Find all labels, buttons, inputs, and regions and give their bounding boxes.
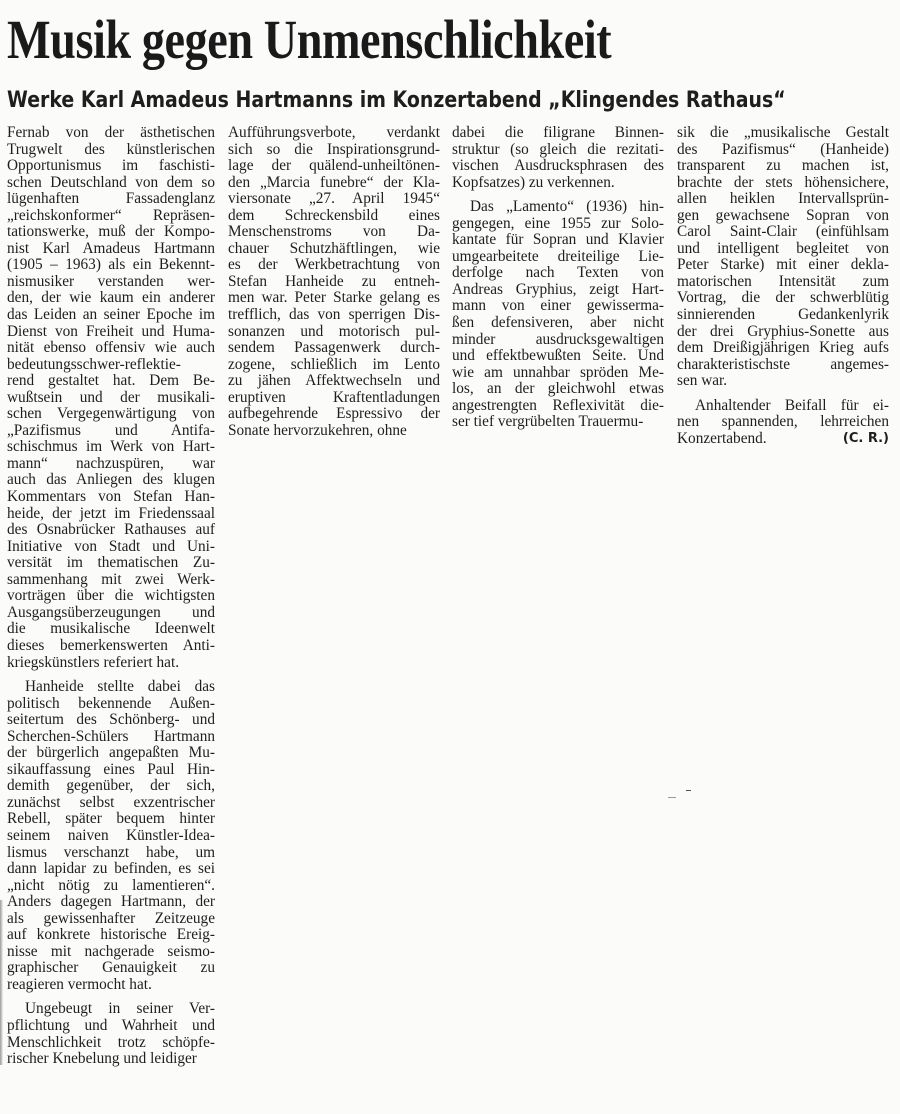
text-line: ser tief vergrübelten Trauermu-: [452, 414, 664, 431]
article-paragraph: Das „Lamento“ (1936) hin-gengegen, eine …: [452, 199, 664, 431]
text-line: dem Schreckensbild eines: [228, 208, 440, 225]
text-line: dann lapidar zu befinden, es sei: [7, 861, 215, 878]
text-line: Ausgangsüberzeugungen und: [7, 605, 215, 622]
scan-edge-shadow: [0, 900, 3, 1065]
text-line: nität ebenso offensiv wie auch: [7, 340, 215, 357]
text-line: Andreas Gryphius, zeigt Hart-: [452, 282, 664, 299]
text-line: Menschenstroms von Da-: [228, 224, 440, 241]
text-line: sinnierenden Gedankenlyrik: [677, 307, 889, 324]
text-line: sikauffassung eines Paul Hin-: [7, 762, 215, 779]
text-line: kriegskünstlers referiert hat.: [7, 655, 215, 672]
text-line: transparent zu machen ist,: [677, 158, 889, 175]
text-line: Aufführungsverbote, verdankt: [228, 125, 440, 142]
text-line: derfolge nach Texten von: [452, 265, 664, 282]
text-line: sendem Passagenwerk durch-: [228, 340, 440, 357]
text-line: sen war.: [677, 373, 889, 390]
text-line: Fernab von der ästhetischen: [7, 125, 215, 142]
text-line: charakteristischste angemes-: [677, 357, 889, 374]
text-line: es der Werkbetrachtung von: [228, 257, 440, 274]
text-line: lismus verschanzt habe, um: [7, 845, 215, 862]
text-line: viersonate „27. April 1945“: [228, 191, 440, 208]
text-line: Opportunismus im faschisti-: [7, 158, 215, 175]
article-column-2: Aufführungsverbote, verdanktsich so die …: [228, 125, 440, 439]
article-paragraph: Aufführungsverbote, verdanktsich so die …: [228, 125, 440, 439]
text-line: dieses bemerkenswerten Anti-: [7, 638, 215, 655]
text-line: den „Marcia funebre“ der Kla-: [228, 175, 440, 192]
text-line: pflichtung und Wahrheit und: [7, 1018, 215, 1035]
author-signature: (C. R.): [843, 431, 889, 448]
text-line: auf konkrete historische Ereig-: [7, 927, 215, 944]
text-line: Initiative von Stadt und Uni-: [7, 539, 215, 556]
scan-speck: [686, 790, 691, 791]
text-line: Rebell, später bequem hinter: [7, 811, 215, 828]
article-column-4: sik die „musikalische Gestaltdes Pazifis…: [677, 125, 889, 447]
text-line: Konzertabend.(C. R.): [677, 431, 889, 448]
text-line: umgearbeitete dreiteilige Lie-: [452, 249, 664, 266]
text-line: tationswerke, muß der Kompo-: [7, 224, 215, 241]
text-line: Anders dagegen Hartmann, der: [7, 894, 215, 911]
text-line: Scherchen-Schülers Hartmann: [7, 729, 215, 746]
text-line: als gewissenhafter Zeitzeuge: [7, 911, 215, 928]
text-line: (1905 – 1963) als ein Bekennt-: [7, 257, 215, 274]
text-line: Menschlichkeit trotz schöpfe-: [7, 1035, 215, 1052]
text-line: los, an der gleichwohl etwas: [452, 381, 664, 398]
text-line: vischen Ausdrucksphrasen des: [452, 158, 664, 175]
text-line: mann“ nachzuspüren, war: [7, 456, 215, 473]
text-line: dem Dreißigjährigen Krieg aufs: [677, 340, 889, 357]
text-line: schen Vergegenwärtigung von: [7, 406, 215, 423]
text-line: Kommentars von Stefan Han-: [7, 489, 215, 506]
article-column-3: dabei die filigrane Binnen-struktur (so …: [452, 125, 664, 431]
text-line: struktur (so gleich die rezitati-: [452, 142, 664, 159]
scan-speck: [668, 797, 676, 798]
text-line: minder ausdrucksgewaltigen: [452, 332, 664, 349]
text-line: Das „Lamento“ (1936) hin-: [452, 199, 664, 216]
text-line: allen heiklen Intervallsprün-: [677, 191, 889, 208]
text-line: lügenhaften Fassadenglanz: [7, 191, 215, 208]
text-line: Hanheide stellte dabei das: [7, 679, 215, 696]
text-line: bedeutungsschwer-reflektie-: [7, 357, 215, 374]
text-line: zu jähen Affektwechseln und: [228, 373, 440, 390]
text-line: Trugwelt des künstlerischen: [7, 142, 215, 159]
text-line: kantate für Sopran und Klavier: [452, 232, 664, 249]
text-line: den, der wie kaum ein anderer: [7, 290, 215, 307]
article-column-1: Fernab von der ästhetischenTrugwelt des …: [7, 125, 215, 1068]
text-line: versität im thematischen Zu-: [7, 555, 215, 572]
text-line: nen spannenden, lehrreichen: [677, 414, 889, 431]
article-paragraph: dabei die filigrane Binnen-struktur (so …: [452, 125, 664, 191]
text-line: die musikalische Ideenwelt: [7, 621, 215, 638]
text-line: wie am unnahbar spröden Me-: [452, 365, 664, 382]
text-line: nismusiker verstanden wer-: [7, 274, 215, 291]
text-line: vorträgen über die wichtigsten: [7, 588, 215, 605]
text-line: Ungebeugt in seiner Ver-: [7, 1001, 215, 1018]
text-line: nist Karl Amadeus Hartmann: [7, 241, 215, 258]
text-line: men war. Peter Starke gelang es: [228, 290, 440, 307]
text-line: eruptiven Kraftentladungen: [228, 390, 440, 407]
text-line: schen Deutschland von dem so: [7, 175, 215, 192]
text-line: lage der quälend-unheiltönen-: [228, 158, 440, 175]
text-line: rend gestaltet hat. Dem Be-: [7, 373, 215, 390]
text-line: gengegen, eine 1955 zur Solo-: [452, 216, 664, 233]
subheadline: Werke Karl Amadeus Hartmanns im Konzerta…: [7, 88, 786, 114]
text-line: seinem naiven Künstler-Idea-: [7, 828, 215, 845]
text-line: Stefan Hanheide zu entneh-: [228, 274, 440, 291]
text-line: Sonate hervorzukehren, ohne: [228, 423, 440, 440]
text-line: seitertum des Schönberg- und: [7, 712, 215, 729]
text-line: das Leiden an seiner Epoche im: [7, 307, 215, 324]
text-line: ßen defensiveren, aber nicht: [452, 315, 664, 332]
text-line: „Pazifismus und Antifa-: [7, 423, 215, 440]
text-line: und effektbewußten Seite. Und: [452, 348, 664, 365]
text-line: dabei die filigrane Binnen-: [452, 125, 664, 142]
text-line: graphischer Genauigkeit zu: [7, 960, 215, 977]
text-line: demith gegenüber, der sich,: [7, 778, 215, 795]
text-line: aufbegehrende Espressivo der: [228, 406, 440, 423]
text-line: auch das Anliegen des klugen: [7, 472, 215, 489]
text-line: wußtsein und der musikali-: [7, 390, 215, 407]
text-line: Anhaltender Beifall für ei-: [677, 398, 889, 415]
text-line: Peter Starke) mit einer dekla-: [677, 257, 889, 274]
article-paragraph: Ungebeugt in seiner Ver-pflichtung und W…: [7, 1001, 215, 1067]
text-line: reagieren vermocht hat.: [7, 977, 215, 994]
text-line: und intelligent begleitet von: [677, 241, 889, 258]
text-line: sonanzen und motorisch pul-: [228, 324, 440, 341]
text-line: Dienst von Freiheit und Huma-: [7, 324, 215, 341]
text-line: sich so die Inspirationsgrund-: [228, 142, 440, 159]
text-line: „reichskonformer“ Repräsen-: [7, 208, 215, 225]
text-line: gen gewachsene Sopran von: [677, 208, 889, 225]
text-line: zogene, schließlich im Lento: [228, 357, 440, 374]
article-paragraph: Hanheide stellte dabei daspolitisch beke…: [7, 679, 215, 993]
text-line: der drei Gryphius-Sonette aus: [677, 324, 889, 341]
text-line: trefflich, das von sperrigen Dis-: [228, 307, 440, 324]
article-paragraph: Fernab von der ästhetischenTrugwelt des …: [7, 125, 215, 671]
text-line: schischmus im Werk von Hart-: [7, 439, 215, 456]
text-line: sik die „musikalische Gestalt: [677, 125, 889, 142]
text-line: nisse mit nachgerade seismo-: [7, 944, 215, 961]
text-line: brachte der stets höhensichere,: [677, 175, 889, 192]
article-paragraph: sik die „musikalische Gestaltdes Pazifis…: [677, 125, 889, 390]
text-line: heide, der jetzt im Friedenssaal: [7, 506, 215, 523]
text-line: des Osnabrücker Rathauses auf: [7, 522, 215, 539]
text-line: mann von einer gewisserma-: [452, 298, 664, 315]
text-line: chauer Schutzhäftlingen, wie: [228, 241, 440, 258]
text-line: zunächst selbst exzentrischer: [7, 795, 215, 812]
text-line: Kopfsatzes) zu verkennen.: [452, 175, 664, 192]
text-line: sammenhang mit zwei Werk-: [7, 572, 215, 589]
text-line: matorischen Intensität zum: [677, 274, 889, 291]
text-line: Vortrag, die der schwerblütig: [677, 290, 889, 307]
text-line: der bürgerlich angepaßten Mu-: [7, 745, 215, 762]
text-line: politisch bekennende Außen-: [7, 696, 215, 713]
headline: Musik gegen Unmenschlichkeit: [7, 10, 611, 70]
text-line: angestrengten Reflexivität die-: [452, 398, 664, 415]
text-line: des Pazifismus“ (Hanheide): [677, 142, 889, 159]
article-paragraph: Anhaltender Beifall für ei-nen spannende…: [677, 398, 889, 448]
text-line: rischer Knebelung und leidiger: [7, 1051, 215, 1068]
text-line: Carol Saint-Clair (einfühlsam: [677, 224, 889, 241]
text-line: „nicht nötig zu lamentieren“.: [7, 878, 215, 895]
